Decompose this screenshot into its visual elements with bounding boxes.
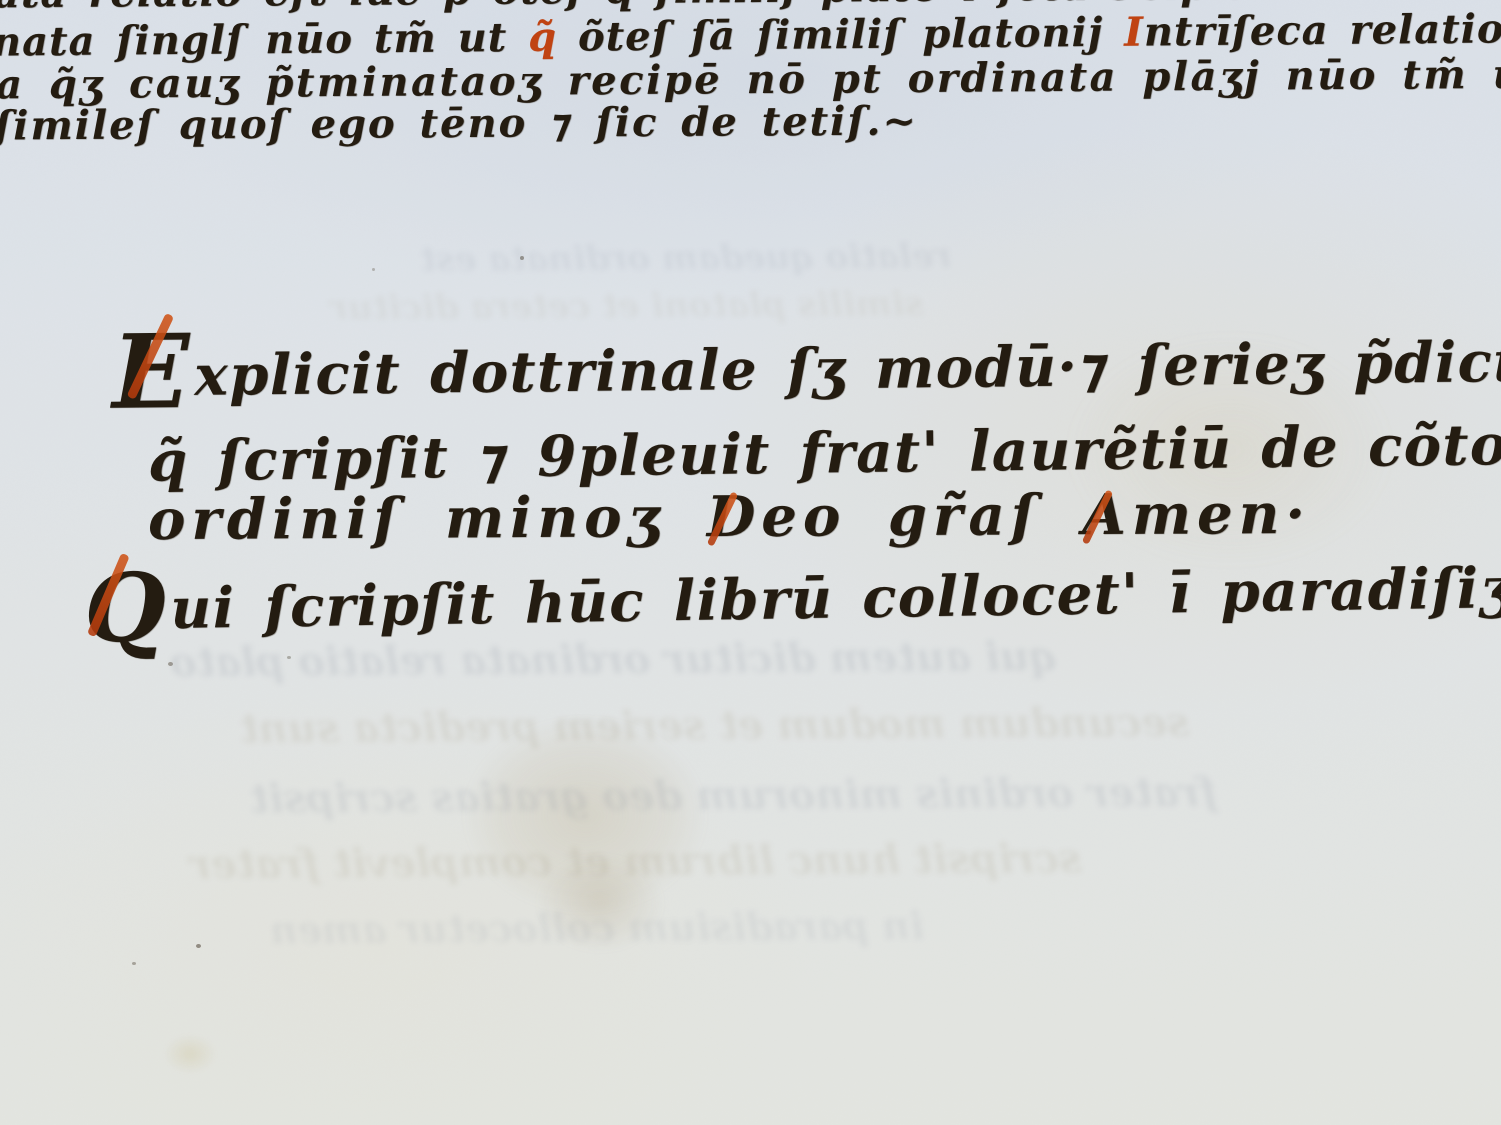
show-through-line: relatio quedam ordinata est bbox=[420, 236, 952, 280]
colophon-line-paradise: Qui ſcripſit hūc librū collocet' ī parad… bbox=[84, 555, 1501, 644]
colophon-line-deo-gratias: ordiniſ minoʒ Deo gr̃aſ Amen· bbox=[148, 481, 1311, 553]
rubricated-initial-Q: Q bbox=[84, 608, 167, 609]
show-through-line: in paradisium collocetur amen bbox=[270, 903, 924, 953]
rubricated-letter-A: A bbox=[1082, 482, 1132, 548]
rubricated-letter: I bbox=[1124, 9, 1144, 56]
ink-speck bbox=[196, 944, 201, 948]
colophon-text: eo gr̃aſ bbox=[761, 482, 1082, 550]
top-line2-text: ntrīſeca relatio bbox=[1144, 5, 1501, 55]
colophon-text: men· bbox=[1132, 481, 1311, 548]
show-through-line: qui autem dicitur ordinata relatio plato bbox=[170, 633, 1057, 686]
ink-speck bbox=[372, 268, 375, 271]
initial-letter: D bbox=[707, 484, 762, 550]
colophon-text: xplicit dottrinale ſʒ modū·⁊ ſerieʒ p̃di… bbox=[194, 328, 1501, 409]
colophon-text: ordiniſ minoʒ bbox=[148, 484, 707, 553]
show-through-line: similis platoni et cetera dicitur bbox=[330, 284, 924, 328]
rubricated-letter-D: D bbox=[707, 484, 762, 550]
manuscript-page: relatio quedam ordinata est similis plat… bbox=[0, 0, 1501, 1125]
initial-letter: Q bbox=[83, 553, 168, 664]
show-through-line: secundum modum et seriem predicta sunt bbox=[240, 699, 1190, 753]
colophon-line-explicit: Explicit dottrinale ſʒ modū·⁊ ſerieʒ p̃d… bbox=[112, 328, 1501, 409]
top-text-line-4: ſimileſ quoſ ego tēno ⁊ ſic de tetiſ.~ bbox=[0, 98, 918, 150]
initial-letter: A bbox=[1082, 482, 1132, 548]
show-through-line: frater ordinis minorum deo gratias scrip… bbox=[250, 769, 1217, 823]
rubricated-letter: q̃ bbox=[528, 14, 557, 61]
colophon-text: ui ſcripſit hūc librū collocet' ī paradi… bbox=[170, 555, 1501, 642]
top-line2-text: õteſ ſā ſimiliſ platonij bbox=[557, 9, 1124, 61]
ink-speck bbox=[132, 962, 136, 965]
show-through-line: scripsit hunc librum et complevit frater bbox=[190, 835, 1082, 888]
paper-stain bbox=[155, 1028, 225, 1080]
initial-letter: E bbox=[111, 312, 192, 433]
rubricated-initial-E: E bbox=[112, 372, 191, 373]
